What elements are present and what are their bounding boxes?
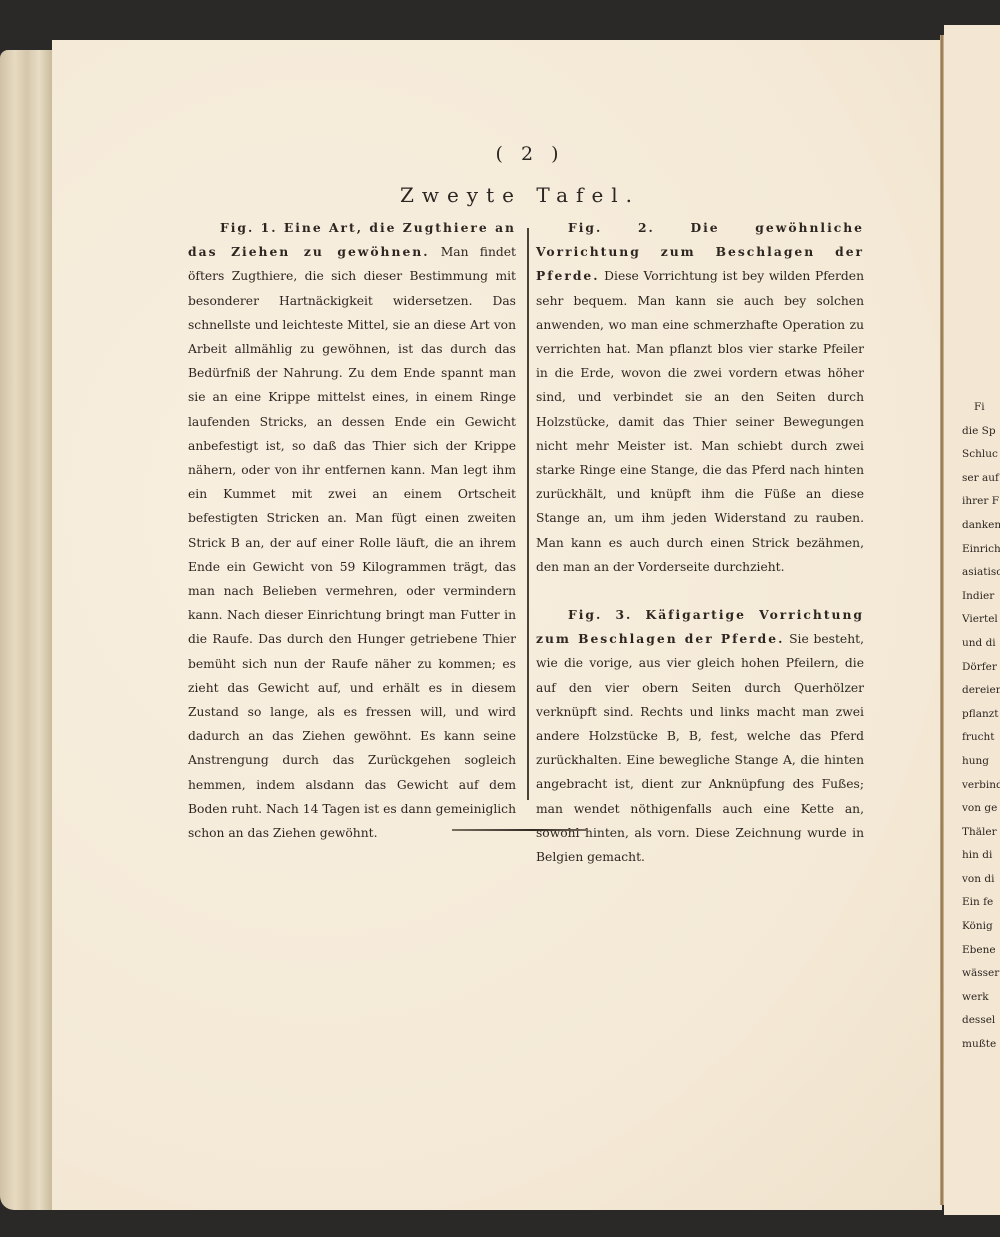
facing-page-line: asiatisc [962, 561, 1000, 585]
facing-page-line: und di [962, 632, 1000, 656]
book-page-edges [0, 50, 60, 1210]
right-column: Fig. 2. Die gewöhnliche Vorrichtung zum … [536, 216, 864, 869]
facing-page-line: Ebene [962, 939, 1000, 963]
facing-page-line: Einrich [962, 538, 1000, 562]
facing-page-line: hin di [962, 844, 1000, 868]
book-gutter [940, 35, 944, 1205]
facing-page-line: pflanzt [962, 703, 1000, 727]
facing-page-line: ihrer F [962, 490, 1000, 514]
facing-page-line: von ge [962, 797, 1000, 821]
facing-page-line: frucht [962, 726, 1000, 750]
fig1-paragraph: Fig. 1. Eine Art, die Zugthiere an das Z… [188, 216, 516, 845]
facing-page-line: Thäler [962, 821, 1000, 845]
page-title: Zweyte Tafel. [0, 183, 1000, 207]
facing-page-line: Viertel [962, 608, 1000, 632]
facing-page-line: ser auf [962, 467, 1000, 491]
facing-page-line: Fi [962, 396, 1000, 420]
facing-page-line: danken [962, 514, 1000, 538]
end-rule [452, 829, 588, 831]
facing-page-line: Indier [962, 585, 1000, 609]
fig2-paragraph: Fig. 2. Die gewöhnliche Vorrichtung zum … [536, 216, 864, 579]
facing-page-line: die Sp [962, 420, 1000, 444]
facing-page-line: König [962, 915, 1000, 939]
facing-page-line: Schluc [962, 443, 1000, 467]
facing-page-line: Ein fe [962, 891, 1000, 915]
facing-page-line: wässer [962, 962, 1000, 986]
facing-page-line: verbind [962, 774, 1000, 798]
left-column: Fig. 1. Eine Art, die Zugthiere an das Z… [188, 216, 516, 845]
facing-page-line: hung [962, 750, 1000, 774]
facing-page-line: von di [962, 868, 1000, 892]
fig1-body: Man findet öfters Zugthiere, die sich di… [188, 245, 516, 840]
facing-page-line: dessel [962, 1009, 1000, 1033]
page-number: ( 2 ) [0, 143, 1000, 165]
fig2-body: Diese Vorrichtung ist bey wilden Pferden… [536, 269, 864, 573]
column-divider [527, 228, 529, 800]
facing-page-line: dereien [962, 679, 1000, 703]
facing-page-line: mußte [962, 1033, 1000, 1057]
facing-page-line: Dörfer [962, 656, 1000, 680]
facing-page-text: Fidie SpSchlucser aufihrer FdankenEinric… [962, 396, 1000, 1057]
facing-page-line: werk [962, 986, 1000, 1010]
